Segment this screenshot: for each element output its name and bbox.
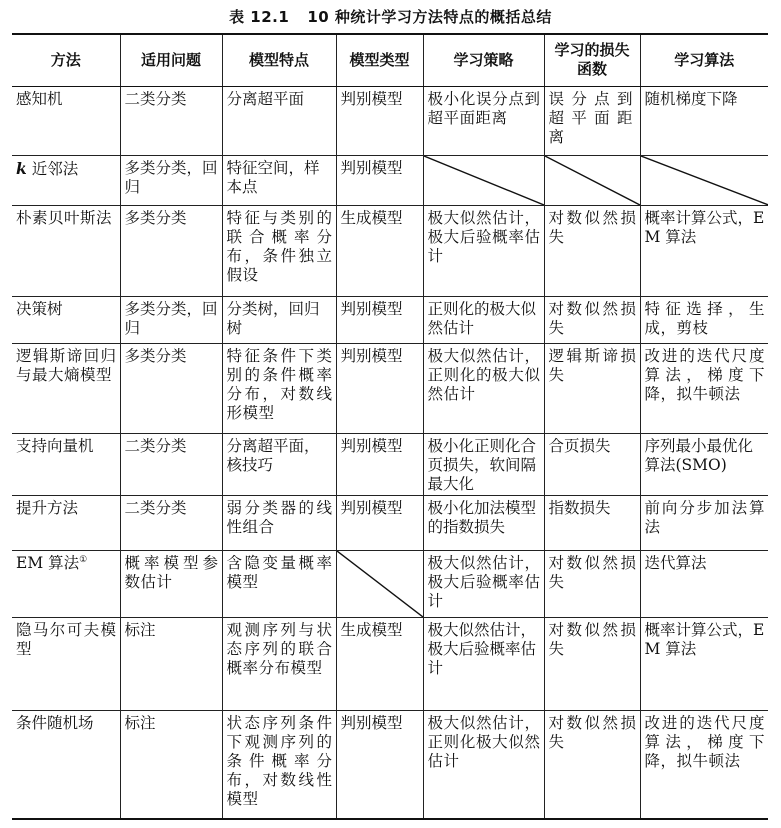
cell-method: k 近邻法 bbox=[12, 155, 120, 205]
cell-problem: 标注 bbox=[120, 617, 222, 710]
diagonal-slash-icon bbox=[545, 156, 640, 205]
cell-problem: 概率模型参数估计 bbox=[120, 550, 222, 617]
cell-problem: 多类分类 bbox=[120, 343, 222, 433]
cell-model-type: 判别模型 bbox=[336, 710, 423, 819]
cell-strategy: 极大似然估计，正则化的极大似然估计 bbox=[423, 343, 544, 433]
cell-method: 提升方法 bbox=[12, 495, 120, 550]
cell-problem: 多类分类，回归 bbox=[120, 296, 222, 343]
cell-algorithm: 序列最小最优化算法(SMO) bbox=[640, 433, 768, 495]
cell-algorithm: 特征选择，生成，剪枝 bbox=[640, 296, 768, 343]
cell-model-type: 判别模型 bbox=[336, 343, 423, 433]
cell-problem: 二类分类 bbox=[120, 495, 222, 550]
cell-model-features: 分离超平面 bbox=[222, 86, 336, 155]
diagonal-slash-icon bbox=[424, 156, 544, 205]
cell-algorithm: 改进的迭代尺度算法，梯度下降，拟牛顿法 bbox=[640, 710, 768, 819]
cell-model-features: 特征空间，样本点 bbox=[222, 155, 336, 205]
header-problem: 适用问题 bbox=[120, 34, 222, 86]
footnote-marker: ① bbox=[79, 554, 87, 564]
cell-strategy: 极小化加法模型的指数损失 bbox=[423, 495, 544, 550]
method-label: EM 算法 bbox=[16, 554, 79, 572]
table-row: 隐马尔可夫模型 标注 观测序列与状态序列的联合概率分布模型 生成模型 极大似然估… bbox=[12, 617, 768, 710]
cell-model-type: 判别模型 bbox=[336, 86, 423, 155]
cell-method: 隐马尔可夫模型 bbox=[12, 617, 120, 710]
empty-cell-diagonal bbox=[544, 155, 640, 205]
cell-model-type: 判别模型 bbox=[336, 296, 423, 343]
summary-table: 方法 适用问题 模型特点 模型类型 学习策略 学习的损失函数 学习算法 感知机 … bbox=[12, 33, 768, 820]
cell-loss: 对数似然损失 bbox=[544, 205, 640, 296]
cell-algorithm: 改进的迭代尺度算法，梯度下降，拟牛顿法 bbox=[640, 343, 768, 433]
table-row: 决策树 多类分类，回归 分类树，回归树 判别模型 正则化的极大似然估计 对数似然… bbox=[12, 296, 768, 343]
diagonal-slash-icon bbox=[641, 156, 769, 205]
table-row: 条件随机场 标注 状态序列条件下观测序列的条件概率分布，对数线性模型 判别模型 … bbox=[12, 710, 768, 819]
header-algorithm: 学习算法 bbox=[640, 34, 768, 86]
cell-method: 决策树 bbox=[12, 296, 120, 343]
table-row: 朴素贝叶斯法 多类分类 特征与类别的联合概率分布，条件独立假设 生成模型 极大似… bbox=[12, 205, 768, 296]
cell-model-features: 分离超平面，核技巧 bbox=[222, 433, 336, 495]
cell-problem: 二类分类 bbox=[120, 433, 222, 495]
cell-loss: 误分点到超平面距离 bbox=[544, 86, 640, 155]
table-row: 支持向量机 二类分类 分离超平面，核技巧 判别模型 极小化正则化合页损失，软间隔… bbox=[12, 433, 768, 495]
cell-strategy: 极大似然估计，正则化极大似然估计 bbox=[423, 710, 544, 819]
cell-method: EM 算法① bbox=[12, 550, 120, 617]
cell-method: 支持向量机 bbox=[12, 433, 120, 495]
header-loss: 学习的损失函数 bbox=[544, 34, 640, 86]
cell-model-features: 含隐变量概率模型 bbox=[222, 550, 336, 617]
cell-algorithm: 概率计算公式，EM 算法 bbox=[640, 617, 768, 710]
cell-algorithm: 迭代算法 bbox=[640, 550, 768, 617]
cell-problem: 二类分类 bbox=[120, 86, 222, 155]
cell-loss: 对数似然损失 bbox=[544, 296, 640, 343]
empty-cell-diagonal bbox=[336, 550, 423, 617]
cell-strategy: 极小化正则化合页损失，软间隔最大化 bbox=[423, 433, 544, 495]
cell-method: 感知机 bbox=[12, 86, 120, 155]
diagonal-slash-icon bbox=[337, 551, 423, 617]
cell-strategy: 正则化的极大似然估计 bbox=[423, 296, 544, 343]
cell-method: 逻辑斯谛回归与最大熵模型 bbox=[12, 343, 120, 433]
cell-model-type: 生成模型 bbox=[336, 617, 423, 710]
empty-cell-diagonal bbox=[640, 155, 768, 205]
cell-algorithm: 随机梯度下降 bbox=[640, 86, 768, 155]
table-row: EM 算法① 概率模型参数估计 含隐变量概率模型 极大似然估计，极大后验概率估计… bbox=[12, 550, 768, 617]
cell-model-features: 状态序列条件下观测序列的条件概率分布，对数线性模型 bbox=[222, 710, 336, 819]
cell-strategy: 极大似然估计，极大后验概率估计 bbox=[423, 205, 544, 296]
cell-model-features: 特征与类别的联合概率分布，条件独立假设 bbox=[222, 205, 336, 296]
header-model-type: 模型类型 bbox=[336, 34, 423, 86]
cell-model-type: 判别模型 bbox=[336, 155, 423, 205]
table-row: k 近邻法 多类分类，回归 特征空间，样本点 判别模型 bbox=[12, 155, 768, 205]
cell-loss: 对数似然损失 bbox=[544, 617, 640, 710]
cell-model-features: 弱分类器的线性组合 bbox=[222, 495, 336, 550]
table-number: 表 12.1 bbox=[229, 8, 289, 26]
table-row: 感知机 二类分类 分离超平面 判别模型 极小化误分点到超平面距离 误分点到超平面… bbox=[12, 86, 768, 155]
table-row: 逻辑斯谛回归与最大熵模型 多类分类 特征条件下类别的条件概率分布，对数线形模型 … bbox=[12, 343, 768, 433]
cell-algorithm: 概率计算公式，EM 算法 bbox=[640, 205, 768, 296]
cell-model-features: 特征条件下类别的条件概率分布，对数线形模型 bbox=[222, 343, 336, 433]
k-symbol: k bbox=[16, 159, 27, 178]
table-caption: 表 12.110 种统计学习方法特点的概括总结 bbox=[0, 6, 781, 27]
cell-method: 条件随机场 bbox=[12, 710, 120, 819]
header-row: 方法 适用问题 模型特点 模型类型 学习策略 学习的损失函数 学习算法 bbox=[12, 34, 768, 86]
cell-strategy: 极小化误分点到超平面距离 bbox=[423, 86, 544, 155]
cell-problem: 标注 bbox=[120, 710, 222, 819]
cell-loss: 指数损失 bbox=[544, 495, 640, 550]
cell-model-type: 生成模型 bbox=[336, 205, 423, 296]
header-strategy: 学习策略 bbox=[423, 34, 544, 86]
cell-loss: 合页损失 bbox=[544, 433, 640, 495]
cell-model-type: 判别模型 bbox=[336, 495, 423, 550]
header-method: 方法 bbox=[12, 34, 120, 86]
header-model-features: 模型特点 bbox=[222, 34, 336, 86]
cell-strategy: 极大似然估计，极大后验概率估计 bbox=[423, 550, 544, 617]
cell-problem: 多类分类 bbox=[120, 205, 222, 296]
method-label: 近邻法 bbox=[32, 160, 79, 178]
empty-cell-diagonal bbox=[423, 155, 544, 205]
cell-method: 朴素贝叶斯法 bbox=[12, 205, 120, 296]
table-row: 提升方法 二类分类 弱分类器的线性组合 判别模型 极小化加法模型的指数损失 指数… bbox=[12, 495, 768, 550]
cell-model-features: 观测序列与状态序列的联合概率分布模型 bbox=[222, 617, 336, 710]
cell-algorithm: 前向分步加法算法 bbox=[640, 495, 768, 550]
cell-strategy: 极大似然估计，极大后验概率估计 bbox=[423, 617, 544, 710]
table-title: 10 种统计学习方法特点的概括总结 bbox=[307, 8, 552, 26]
cell-model-features: 分类树，回归树 bbox=[222, 296, 336, 343]
cell-model-type: 判别模型 bbox=[336, 433, 423, 495]
cell-loss: 对数似然损失 bbox=[544, 710, 640, 819]
cell-loss: 逻辑斯谛损失 bbox=[544, 343, 640, 433]
cell-problem: 多类分类，回归 bbox=[120, 155, 222, 205]
cell-loss: 对数似然损失 bbox=[544, 550, 640, 617]
